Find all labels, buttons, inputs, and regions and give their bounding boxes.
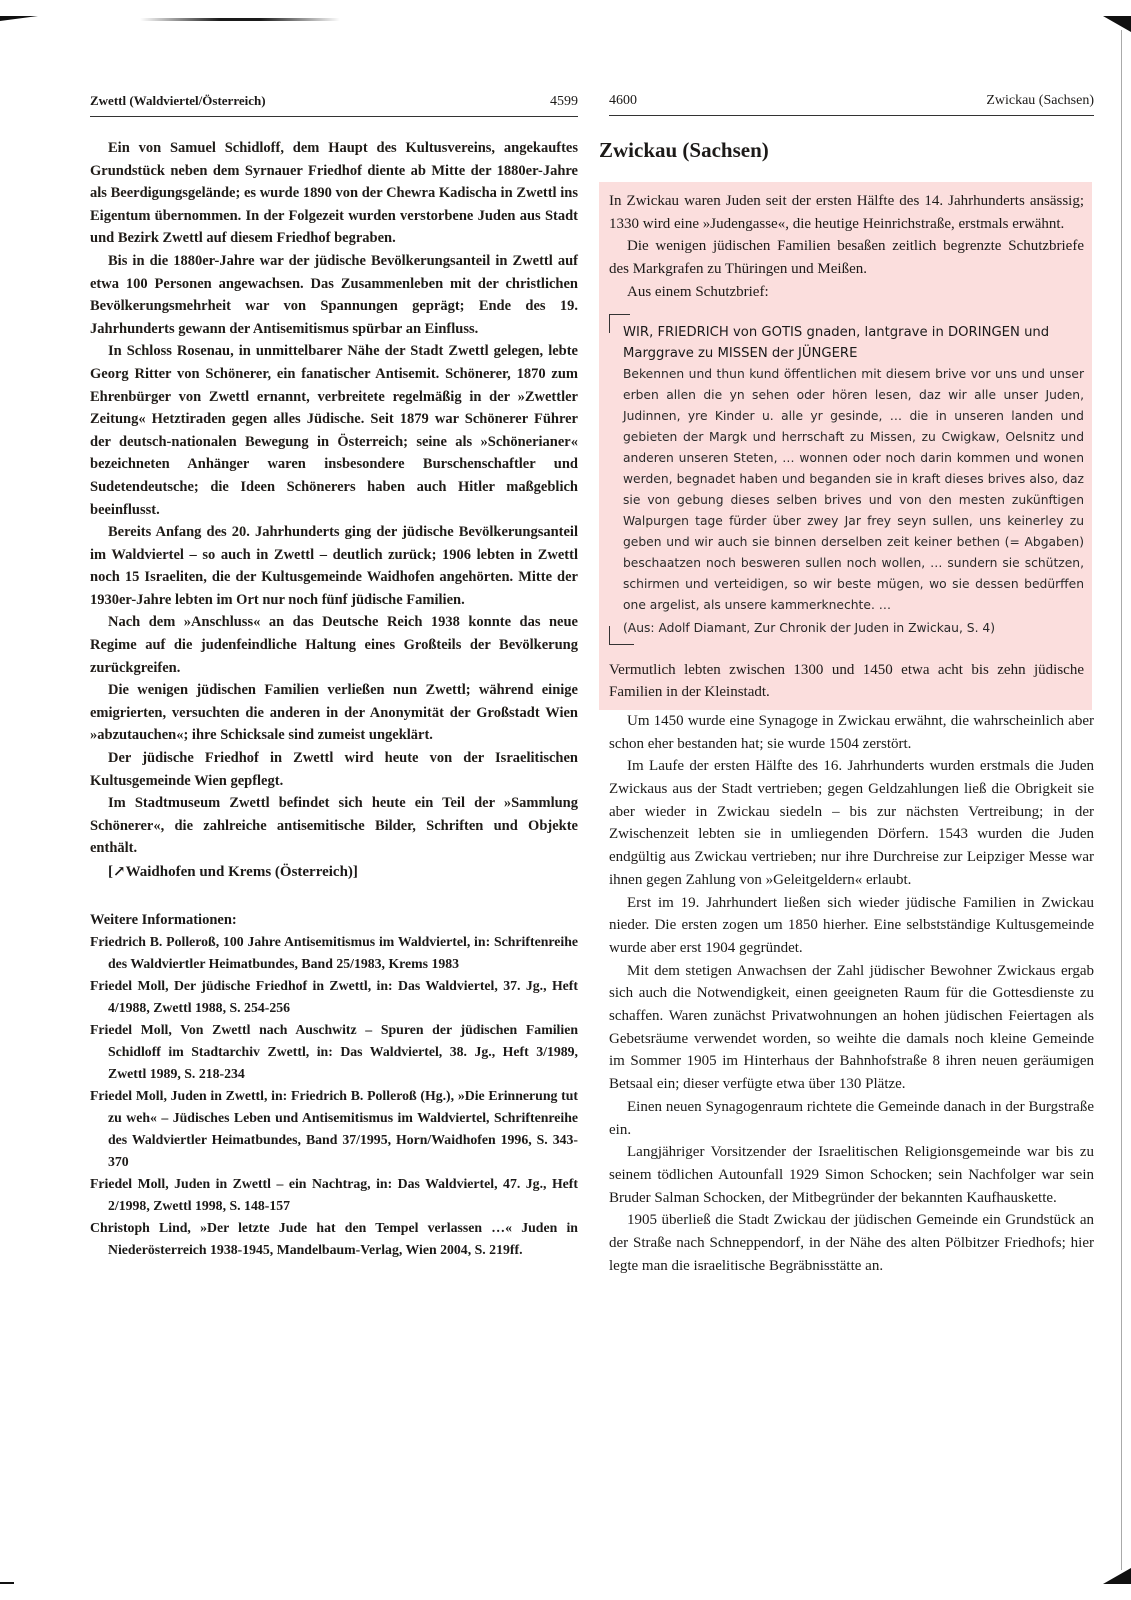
blockquote: WIR, FRIEDRICH von GOTIS gnaden, lantgra… xyxy=(609,322,1084,639)
highlighted-passage: In Zwickau waren Juden seit der ersten H… xyxy=(599,182,1092,710)
paragraph: Aus einem Schutzbrief: xyxy=(609,281,1084,304)
paragraph: In Schloss Rosenau, in unmittelbarer Näh… xyxy=(90,340,578,521)
quote-source: (Aus: Adolf Diamant, Zur Chronik der Jud… xyxy=(623,618,1084,639)
reference-entry: Friedel Moll, Der jüdische Friedhof in Z… xyxy=(90,975,578,1019)
scan-edge-shadow xyxy=(140,18,340,21)
paragraph: Die wenigen jüdischen Familien verließen… xyxy=(90,679,578,747)
page-number: 4599 xyxy=(550,94,578,110)
paragraph: Bereits Anfang des 20. Jahrhunderts ging… xyxy=(90,521,578,611)
paragraph: Im Laufe der ersten Hälfte des 16. Jahrh… xyxy=(609,755,1094,891)
reference-entry: Christoph Lind, »Der letzte Jude hat den… xyxy=(90,1217,578,1261)
paragraph: Ein von Samuel Schidloff, dem Haupt des … xyxy=(90,137,578,250)
reference-entry: Friedel Moll, Juden in Zwettl, in: Fried… xyxy=(90,1085,578,1173)
left-page: Zwettl (Waldviertel/Österreich) 4599 Ein… xyxy=(90,93,578,1261)
paragraph: Einen neuen Synagogenraum richtete die G… xyxy=(609,1096,1094,1141)
page-corner-mark xyxy=(0,16,38,21)
paragraph: Langjähriger Vorsitzender der Israelitis… xyxy=(609,1141,1094,1209)
paragraph: Erst im 19. Jahrhundert ließen sich wied… xyxy=(609,892,1094,960)
paragraph: Um 1450 wurde eine Synagoge in Zwickau e… xyxy=(609,710,1094,755)
quote-bracket-open xyxy=(609,314,630,333)
paragraph: Der jüdische Friedhof in Zwettl wird heu… xyxy=(90,747,578,792)
quote-body: Bekennen und thun kund öffentlichen mit … xyxy=(623,364,1084,616)
page-corner-mark xyxy=(1103,16,1131,32)
page-corner-mark xyxy=(0,1582,14,1584)
paragraph: In Zwickau waren Juden seit der ersten H… xyxy=(609,190,1084,235)
section-title: Zwickau (Sachsen) xyxy=(599,136,1094,164)
running-title: Zwettl (Waldviertel/Österreich) xyxy=(90,93,266,109)
paragraph: Bis in die 1880er-Jahre war der jüdische… xyxy=(90,250,578,340)
right-page: 4600 Zwickau (Sachsen) Zwickau (Sachsen)… xyxy=(609,93,1094,1278)
quote-bracket-close xyxy=(609,626,634,645)
reference-entry: Friedrich B. Polleroß, 100 Jahre Antisem… xyxy=(90,931,578,975)
paragraph: Vermutlich lebten zwischen 1300 und 1450… xyxy=(609,659,1084,704)
paragraph: Die wenigen jüdischen Familien besaßen z… xyxy=(609,235,1084,280)
quote-heading: WIR, FRIEDRICH von GOTIS gnaden, lantgra… xyxy=(623,322,1084,364)
page-corner-mark xyxy=(1103,1568,1131,1584)
paragraph: Nach dem »Anschluss« an das Deutsche Rei… xyxy=(90,611,578,679)
paragraph: Im Stadtmuseum Zwettl befindet sich heut… xyxy=(90,792,578,860)
further-info-heading: Weitere Informationen: xyxy=(90,909,578,931)
running-header: 4600 Zwickau (Sachsen) xyxy=(609,93,1094,116)
page-number: 4600 xyxy=(609,93,637,109)
cross-reference-link[interactable]: [↗Waidhofen und Krems (Österreich)] xyxy=(90,861,578,883)
page-edge-line xyxy=(1121,30,1122,1570)
running-header: Zwettl (Waldviertel/Österreich) 4599 xyxy=(90,93,578,117)
running-title: Zwickau (Sachsen) xyxy=(986,93,1094,109)
paragraph: Mit dem stetigen Anwachsen der Zahl jüdi… xyxy=(609,960,1094,1096)
paragraph: 1905 überließ die Stadt Zwickau der jüdi… xyxy=(609,1209,1094,1277)
reference-entry: Friedel Moll, Von Zwettl nach Auschwitz … xyxy=(90,1019,578,1085)
reference-entry: Friedel Moll, Juden in Zwettl – ein Nach… xyxy=(90,1173,578,1217)
